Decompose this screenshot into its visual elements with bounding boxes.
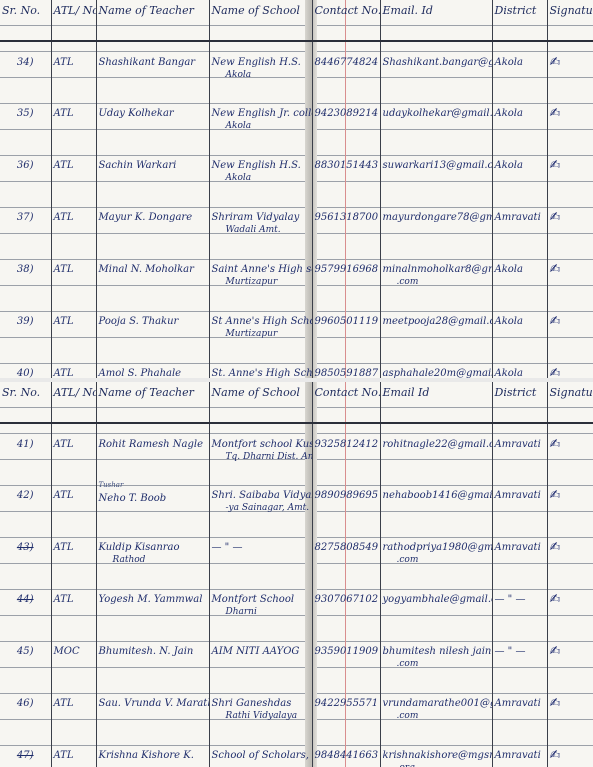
email-text: bhumitesh nilesh jain @gmail — [383, 646, 493, 657]
contact-text: 8446774824 — [315, 57, 379, 68]
atl-text: ATL — [54, 490, 74, 501]
email-text: udaykolhekar@gmail.com — [383, 108, 493, 119]
school-name-text: Saint Anne's High sch. — [212, 264, 313, 275]
teacher-name-text: Sau. Vrunda V. Marathe — [99, 698, 210, 709]
school-name-line2: Dharni — [212, 606, 310, 619]
email-line2: .com — [383, 554, 490, 567]
signature-text: ✍ — [550, 55, 561, 70]
teacher-name-text: Sachin Warkari — [99, 160, 177, 171]
teacher-name-cell: Yogesh M. Yammwal — [96, 579, 209, 631]
contact-cell: 8830151443 — [312, 145, 380, 197]
contact-text: 9307067102 — [315, 594, 379, 605]
email-cell: minalnmoholkar8@gmail.com — [380, 249, 492, 301]
signature-text: ✍ — [550, 106, 561, 121]
table-row: 41)ATLRohit Ramesh NagleMontfort school … — [0, 423, 593, 475]
district-cell: Amravati — [492, 197, 547, 249]
email-text: mayurdongare78@gmail.com — [383, 212, 493, 223]
school-name-text: St Anne's High School — [212, 316, 313, 327]
sr-no-cell: 44) — [0, 579, 51, 631]
sr-no-text: 44) — [17, 594, 34, 605]
contact-text: 9890989695 — [315, 490, 379, 501]
district-text: Amravati — [495, 750, 541, 761]
teacher-name-text: Minal N. Moholkar — [99, 264, 194, 275]
school-name-cell: New English H.S.Akola — [209, 145, 312, 197]
teacher-name-cell: TusharNeho T. Boob — [96, 475, 209, 527]
sr-no-text: 41) — [17, 439, 34, 450]
school-name-cell: Shri. Saibaba Vidyal-ya Sainagar, Amt. — [209, 475, 312, 527]
school-name-text: New English H.S. — [212, 160, 301, 171]
atl-cell: ATL — [51, 475, 96, 527]
district-cell: Amravati — [492, 423, 547, 475]
district-text: Akola — [495, 264, 523, 275]
email-cell: rathodpriya1980@gmail.com — [380, 527, 492, 579]
header-contact: Contact No. — [312, 0, 380, 41]
atl-cell: ATL — [51, 353, 96, 378]
atl-text: ATL — [54, 108, 74, 119]
school-name-cell: Saint Anne's High sch.Murtizapur — [209, 249, 312, 301]
sr-no-cell: 34) — [0, 41, 51, 93]
sr-no-text: 34) — [17, 57, 34, 68]
signature-cell: ✍ — [547, 249, 593, 301]
table-row: 44)ATLYogesh M. YammwalMontfort SchoolDh… — [0, 579, 593, 631]
sr-no-cell: 35) — [0, 93, 51, 145]
email-line2: .com — [383, 658, 490, 671]
email-text: vrundamarathe001@gmail — [383, 698, 493, 709]
email-cell: meetpooja28@gmail.com — [380, 301, 492, 353]
school-name-text: Shri Ganeshdas — [212, 698, 292, 709]
school-name-cell: Montfort SchoolDharni — [209, 579, 312, 631]
teacher-name-text: Yogesh M. Yammwal — [99, 594, 203, 605]
header-atl: ATL/ Non-ATL — [51, 0, 96, 41]
email-text: krishnakishore@mgsnagpur — [383, 750, 493, 761]
contact-cell: 9307067102 — [312, 579, 380, 631]
email-text: Shashikant.bangar@gmail.com — [383, 57, 493, 68]
school-name-cell: School of Scholars, — [209, 735, 312, 767]
email-text: suwarkari13@gmail.com — [383, 160, 493, 171]
district-cell: — " — — [492, 631, 547, 683]
district-text: Amravati — [495, 542, 541, 553]
school-name-line2: -ya Sainagar, Amt. — [212, 502, 310, 515]
school-name-line2: Tq. Dharni Dist. Amt — [212, 451, 310, 464]
header-district: District — [492, 382, 547, 423]
sr-no-cell: 38) — [0, 249, 51, 301]
school-name-cell: AIM NITI AAYOG — [209, 631, 312, 683]
email-text: nehaboob1416@gmail.com — [383, 490, 493, 501]
teacher-name-cell: Kuldip KisanraoRathod — [96, 527, 209, 579]
atl-text: MOC — [54, 646, 80, 657]
teacher-name-correction: Tushar — [99, 479, 207, 492]
sr-no-text: 47) — [17, 750, 34, 761]
sr-no-text: 43) — [17, 542, 34, 553]
district-text: Amravati — [495, 439, 541, 450]
header-school: Name of School — [209, 382, 312, 423]
signature-text: ✍ — [550, 314, 561, 329]
signature-cell: ✍ — [547, 353, 593, 378]
district-text: Amravati — [495, 212, 541, 223]
register-sheet-bottom: Sr. No. ATL/ Non-ATL Name of Teacher Nam… — [0, 382, 593, 767]
signature-cell: ✍ — [547, 301, 593, 353]
email-cell: Shashikant.bangar@gmail.com — [380, 41, 492, 93]
school-name-line2: Akola — [212, 172, 310, 185]
header-school: Name of School — [209, 0, 312, 41]
email-line2: .com — [383, 276, 490, 289]
signature-text: ✍ — [550, 366, 561, 378]
sr-no-cell: 40) — [0, 353, 51, 378]
atl-cell: ATL — [51, 527, 96, 579]
sr-no-text: 35) — [17, 108, 34, 119]
sr-no-cell: 43) — [0, 527, 51, 579]
atl-cell: ATL — [51, 423, 96, 475]
header-row: Sr. No. ATL/ Non-ATL Name of Teacher Nam… — [0, 382, 593, 423]
table-row: 43)ATLKuldip KisanraoRathod— " —82758085… — [0, 527, 593, 579]
district-cell: — " — — [492, 579, 547, 631]
header-contact: Contact No. — [312, 382, 380, 423]
email-cell: asphahale20m@gmail.com — [380, 353, 492, 378]
teacher-name-cell: Amol S. Phahale — [96, 353, 209, 378]
header-email: Email. Id — [380, 0, 492, 41]
table-row: 45)MOCBhumitesh. N. JainAIM NITI AAYOG93… — [0, 631, 593, 683]
email-text: minalnmoholkar8@gmail — [383, 264, 493, 275]
signature-cell: ✍ — [547, 197, 593, 249]
signature-cell: ✍ — [547, 735, 593, 767]
contact-cell: 9561318700 — [312, 197, 380, 249]
district-cell: Akola — [492, 145, 547, 197]
atl-text: ATL — [54, 750, 74, 761]
signature-text: ✍ — [550, 696, 561, 711]
school-name-cell: St Anne's High SchoolMurtizapur — [209, 301, 312, 353]
contact-cell: 9423089214 — [312, 93, 380, 145]
email-cell: nehaboob1416@gmail.com — [380, 475, 492, 527]
district-text: — " — — [495, 646, 526, 657]
contact-text: 9561318700 — [315, 212, 379, 223]
atl-text: ATL — [54, 160, 74, 171]
contact-text: 9422955571 — [315, 698, 379, 709]
atl-cell: ATL — [51, 145, 96, 197]
contact-cell: 9960501119 — [312, 301, 380, 353]
sr-no-cell: 37) — [0, 197, 51, 249]
teacher-name-cell: Mayur K. Dongare — [96, 197, 209, 249]
school-name-line2: Wadali Amt. — [212, 224, 310, 237]
district-cell: Akola — [492, 41, 547, 93]
contact-text: 9850591887 — [315, 368, 379, 378]
header-signature: Signature — [547, 0, 593, 41]
header-teacher: Name of Teacher — [96, 382, 209, 423]
signature-text: ✍ — [550, 210, 561, 225]
contact-cell: 9422955571 — [312, 683, 380, 735]
signature-cell: ✍ — [547, 41, 593, 93]
atl-text: ATL — [54, 698, 74, 709]
contact-cell: 9579916968 — [312, 249, 380, 301]
contact-cell: 9848441663 — [312, 735, 380, 767]
sr-no-text: 45) — [17, 646, 34, 657]
table-row: 36)ATLSachin WarkariNew English H.S.Akol… — [0, 145, 593, 197]
email-cell: bhumitesh nilesh jain @gmail.com — [380, 631, 492, 683]
table-row: 38)ATLMinal N. MoholkarSaint Anne's High… — [0, 249, 593, 301]
email-cell: suwarkari13@gmail.com — [380, 145, 492, 197]
school-name-cell: Shriram VidyalayWadali Amt. — [209, 197, 312, 249]
teacher-name-text: Bhumitesh. N. Jain — [99, 646, 194, 657]
atl-text: ATL — [54, 368, 74, 378]
district-cell: Akola — [492, 301, 547, 353]
teacher-name-cell: Bhumitesh. N. Jain — [96, 631, 209, 683]
signature-text: ✍ — [550, 592, 561, 607]
email-cell: rohitnagle22@gmail.com — [380, 423, 492, 475]
district-text: Akola — [495, 368, 523, 378]
teacher-name-text: Rohit Ramesh Nagle — [99, 439, 204, 450]
sr-no-text: 40) — [17, 368, 34, 378]
signature-cell: ✍ — [547, 423, 593, 475]
signature-cell: ✍ — [547, 631, 593, 683]
email-cell: udaykolhekar@gmail.com — [380, 93, 492, 145]
sr-no-text: 37) — [17, 212, 34, 223]
email-line2: .org — [383, 762, 490, 767]
signature-cell: ✍ — [547, 683, 593, 735]
contact-text: 9960501119 — [315, 316, 379, 327]
district-cell: Amravati — [492, 475, 547, 527]
sr-no-cell: 47) — [0, 735, 51, 767]
school-name-text: Shri. Saibaba Vidyal — [212, 490, 313, 501]
signature-cell: ✍ — [547, 145, 593, 197]
contact-cell: 9850591887 — [312, 353, 380, 378]
email-cell: mayurdongare78@gmail.com — [380, 197, 492, 249]
teacher-name-cell: Shashikant Bangar — [96, 41, 209, 93]
district-cell: Amravati — [492, 527, 547, 579]
district-cell: Akola — [492, 93, 547, 145]
register-table-bottom: Sr. No. ATL/ Non-ATL Name of Teacher Nam… — [0, 382, 593, 767]
district-text: Akola — [495, 108, 523, 119]
table-row: 37)ATLMayur K. DongareShriram VidyalayWa… — [0, 197, 593, 249]
atl-cell: ATL — [51, 249, 96, 301]
sr-no-cell: 46) — [0, 683, 51, 735]
atl-text: ATL — [54, 212, 74, 223]
atl-text: ATL — [54, 542, 74, 553]
school-name-line2: Akola — [212, 120, 310, 133]
teacher-name-cell: Sachin Warkari — [96, 145, 209, 197]
sr-no-text: 46) — [17, 698, 34, 709]
sr-no-cell: 36) — [0, 145, 51, 197]
teacher-name-cell: Uday Kolhekar — [96, 93, 209, 145]
email-text: asphahale20m@gmail.com — [383, 368, 493, 378]
email-text: rathodpriya1980@gmail — [383, 542, 493, 553]
school-name-text: New English Jr. college — [212, 108, 313, 119]
teacher-name-line2: Rathod — [99, 554, 207, 567]
school-name-cell: — " — — [209, 527, 312, 579]
school-name-text: School of Scholars, — [212, 750, 309, 761]
atl-text: ATL — [54, 594, 74, 605]
sr-no-text: 38) — [17, 264, 34, 275]
sr-no-text: 36) — [17, 160, 34, 171]
signature-cell: ✍ — [547, 579, 593, 631]
atl-cell: ATL — [51, 579, 96, 631]
atl-text: ATL — [54, 316, 74, 327]
signature-text: ✍ — [550, 437, 561, 452]
sr-no-cell: 39) — [0, 301, 51, 353]
district-cell: Amravati — [492, 683, 547, 735]
atl-text: ATL — [54, 439, 74, 450]
email-text: yogyambhale@gmail.com — [383, 594, 493, 605]
header-atl: ATL/ Non-ATL — [51, 382, 96, 423]
teacher-name-text: Shashikant Bangar — [99, 57, 196, 68]
school-name-cell: Shri GaneshdasRathi Vidyalaya — [209, 683, 312, 735]
atl-cell: ATL — [51, 41, 96, 93]
header-email: Email Id — [380, 382, 492, 423]
contact-text: 9359011909 — [315, 646, 379, 657]
district-cell: Amravati — [492, 735, 547, 767]
district-text: — " — — [495, 594, 526, 605]
contact-text: 9579916968 — [315, 264, 379, 275]
teacher-name-text: Neho T. Boob — [99, 493, 167, 504]
register-sheet-top: Sr. No. ATL/ Non-ATL Name of Teacher Nam… — [0, 0, 593, 378]
signature-text: ✍ — [550, 262, 561, 277]
contact-cell: 9890989695 — [312, 475, 380, 527]
school-name-line2: Rathi Vidyalaya — [212, 710, 310, 723]
table-row: 42)ATLTusharNeho T. BoobShri. Saibaba Vi… — [0, 475, 593, 527]
signature-text: ✍ — [550, 644, 561, 659]
signature-cell: ✍ — [547, 527, 593, 579]
contact-cell: 8446774824 — [312, 41, 380, 93]
atl-cell: ATL — [51, 683, 96, 735]
contact-cell: 8275808549 — [312, 527, 380, 579]
signature-cell: ✍ — [547, 475, 593, 527]
email-line2: .com — [383, 710, 490, 723]
teacher-name-cell: Krishna Kishore K. — [96, 735, 209, 767]
signature-text: ✍ — [550, 158, 561, 173]
school-name-cell: St. Anne's High Schoolmurtizapur — [209, 353, 312, 378]
contact-cell: 9325812412 — [312, 423, 380, 475]
atl-cell: ATL — [51, 735, 96, 767]
register-table-top: Sr. No. ATL/ Non-ATL Name of Teacher Nam… — [0, 0, 593, 378]
table-row: 39)ATLPooja S. ThakurSt Anne's High Scho… — [0, 301, 593, 353]
sr-no-cell: 42) — [0, 475, 51, 527]
atl-cell: ATL — [51, 93, 96, 145]
teacher-name-text: Amol S. Phahale — [99, 368, 182, 378]
district-text: Amravati — [495, 698, 541, 709]
district-cell: Akola — [492, 353, 547, 378]
teacher-name-cell: Sau. Vrunda V. Marathe — [96, 683, 209, 735]
header-row: Sr. No. ATL/ Non-ATL Name of Teacher Nam… — [0, 0, 593, 41]
atl-cell: MOC — [51, 631, 96, 683]
signature-text: ✍ — [550, 540, 561, 555]
header-sr-no: Sr. No. — [0, 0, 51, 41]
table-row: 40)ATLAmol S. PhahaleSt. Anne's High Sch… — [0, 353, 593, 378]
school-name-text: AIM NITI AAYOG — [212, 646, 300, 657]
email-cell: vrundamarathe001@gmail.com — [380, 683, 492, 735]
contact-cell: 9359011909 — [312, 631, 380, 683]
district-text: Akola — [495, 57, 523, 68]
atl-text: ATL — [54, 57, 74, 68]
teacher-name-cell: Minal N. Moholkar — [96, 249, 209, 301]
sr-no-cell: 45) — [0, 631, 51, 683]
signature-text: ✍ — [550, 748, 561, 763]
school-name-line2: Murtizapur — [212, 328, 310, 341]
school-name-text: St. Anne's High School — [212, 368, 313, 378]
atl-cell: ATL — [51, 301, 96, 353]
sr-no-text: 39) — [17, 316, 34, 327]
school-name-line2: Murtizapur — [212, 276, 310, 289]
atl-cell: ATL — [51, 197, 96, 249]
school-name-cell: New English H.S.Akola — [209, 41, 312, 93]
signature-cell: ✍ — [547, 93, 593, 145]
header-sr-no: Sr. No. — [0, 382, 51, 423]
district-text: Amravati — [495, 490, 541, 501]
school-name-cell: Montfort school KusumkotTq. Dharni Dist.… — [209, 423, 312, 475]
sr-no-cell: 41) — [0, 423, 51, 475]
district-text: Akola — [495, 160, 523, 171]
contact-text: 8275808549 — [315, 542, 379, 553]
email-text: rohitnagle22@gmail.com — [383, 439, 493, 450]
table-row: 46)ATLSau. Vrunda V. MaratheShri Ganeshd… — [0, 683, 593, 735]
teacher-name-text: Krishna Kishore K. — [99, 750, 194, 761]
teacher-name-cell: Rohit Ramesh Nagle — [96, 423, 209, 475]
teacher-name-text: Pooja S. Thakur — [99, 316, 179, 327]
school-name-line2: Akola — [212, 69, 310, 82]
contact-text: 9325812412 — [315, 439, 379, 450]
teacher-name-cell: Pooja S. Thakur — [96, 301, 209, 353]
school-name-text: New English H.S. — [212, 57, 301, 68]
atl-text: ATL — [54, 264, 74, 275]
header-teacher: Name of Teacher — [96, 0, 209, 41]
table-row: 34)ATLShashikant BangarNew English H.S.A… — [0, 41, 593, 93]
contact-text: 9848441663 — [315, 750, 379, 761]
header-district: District — [492, 0, 547, 41]
table-row: 47)ATLKrishna Kishore K.School of Schola… — [0, 735, 593, 767]
school-name-text: Montfort School — [212, 594, 295, 605]
email-cell: krishnakishore@mgsnagpur.org — [380, 735, 492, 767]
school-name-cell: New English Jr. collegeAkola — [209, 93, 312, 145]
school-name-text: — " — — [212, 542, 243, 553]
district-text: Akola — [495, 316, 523, 327]
contact-text: 8830151443 — [315, 160, 379, 171]
signature-text: ✍ — [550, 488, 561, 503]
school-name-text: Shriram Vidyalay — [212, 212, 300, 223]
sr-no-text: 42) — [17, 490, 34, 501]
table-row: 35)ATLUday KolhekarNew English Jr. colle… — [0, 93, 593, 145]
district-cell: Akola — [492, 249, 547, 301]
school-name-text: Montfort school Kusumkot — [212, 439, 313, 450]
contact-text: 9423089214 — [315, 108, 379, 119]
email-cell: yogyambhale@gmail.com — [380, 579, 492, 631]
teacher-name-text: Mayur K. Dongare — [99, 212, 193, 223]
teacher-name-text: Kuldip Kisanrao — [99, 542, 180, 553]
header-signature: Signature — [547, 382, 593, 423]
email-text: meetpooja28@gmail.com — [383, 316, 493, 327]
teacher-name-text: Uday Kolhekar — [99, 108, 174, 119]
